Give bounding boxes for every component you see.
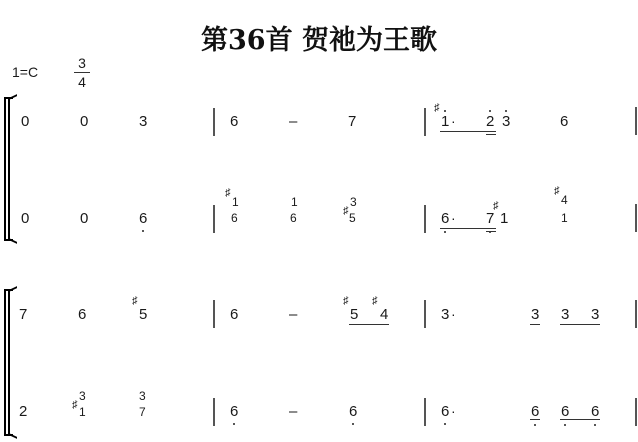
chord-note: 1 bbox=[291, 196, 298, 208]
system-2-brace bbox=[4, 289, 13, 436]
augmentation-dot: · bbox=[451, 306, 456, 322]
note: 7 bbox=[19, 307, 27, 323]
note: 5 bbox=[350, 307, 358, 323]
note-low: 6 bbox=[230, 404, 238, 420]
chord-note: 3 bbox=[79, 390, 86, 402]
note-low: 6 bbox=[139, 211, 147, 227]
barline bbox=[635, 204, 637, 232]
note-low: 6 bbox=[561, 404, 569, 420]
note-digit: 7 bbox=[486, 210, 494, 227]
chord-note: 3 bbox=[139, 390, 146, 402]
beam bbox=[440, 131, 496, 132]
note-digit: 6 bbox=[441, 210, 449, 227]
note-digit: 6 bbox=[441, 403, 449, 420]
sharp-icon: ♯ bbox=[554, 186, 560, 197]
chord-note: 1 bbox=[232, 196, 239, 208]
note-low: 6 bbox=[231, 212, 238, 224]
sharp-icon: ♯ bbox=[225, 188, 231, 199]
sharp-icon: ♯ bbox=[343, 296, 349, 307]
note: 6 bbox=[230, 114, 238, 130]
note-high: 2 bbox=[486, 114, 494, 130]
note-digit: 6 bbox=[139, 210, 147, 227]
beam bbox=[560, 324, 600, 325]
barline bbox=[635, 300, 637, 328]
note-low: 7 bbox=[486, 211, 494, 227]
note-digit: 6 bbox=[531, 403, 539, 420]
note-digit: 3 bbox=[502, 113, 510, 130]
note-low: 6 bbox=[349, 404, 357, 420]
system-1-brace bbox=[4, 97, 13, 241]
time-signature-numerator: 3 bbox=[74, 55, 90, 71]
note: 0 bbox=[80, 114, 88, 130]
note: 6 bbox=[230, 307, 238, 323]
note-dash: – bbox=[289, 307, 297, 323]
note: 0 bbox=[21, 211, 29, 227]
beam bbox=[486, 231, 496, 232]
note-digit: 6 bbox=[561, 403, 569, 420]
beam bbox=[530, 324, 540, 325]
chord-note: 4 bbox=[561, 194, 568, 206]
note-high: 1 bbox=[441, 114, 449, 130]
beam bbox=[530, 419, 540, 420]
sharp-icon: ♯ bbox=[343, 206, 349, 217]
note-digit: 6 bbox=[290, 211, 297, 225]
note-low: 6 bbox=[531, 404, 539, 420]
note: 6 bbox=[560, 114, 568, 130]
note: 7 bbox=[348, 114, 356, 130]
barline bbox=[213, 205, 215, 233]
note: 3 bbox=[531, 307, 539, 323]
barline bbox=[424, 398, 426, 426]
note: 6 bbox=[78, 307, 86, 323]
chord-note: 3 bbox=[350, 196, 357, 208]
note-low: 6 bbox=[441, 404, 449, 420]
note-low: 6 bbox=[441, 211, 449, 227]
barline bbox=[213, 108, 215, 136]
beam bbox=[349, 324, 389, 325]
time-signature-denominator: 4 bbox=[74, 74, 90, 90]
note: 1 bbox=[79, 406, 86, 418]
note: 3 bbox=[591, 307, 599, 323]
note: 2 bbox=[19, 404, 27, 420]
note: 3 bbox=[441, 307, 449, 323]
note-dash: – bbox=[289, 404, 297, 420]
note-low: 7 bbox=[139, 406, 146, 418]
note: 0 bbox=[21, 114, 29, 130]
note: 5 bbox=[139, 307, 147, 323]
note-digit: 1 bbox=[441, 113, 449, 130]
sharp-icon: ♯ bbox=[372, 296, 378, 307]
note-high: 3 bbox=[502, 114, 510, 130]
note-dash: – bbox=[289, 114, 297, 130]
beam bbox=[560, 419, 600, 420]
note-digit: 5 bbox=[349, 211, 356, 225]
note: 1 bbox=[561, 212, 568, 224]
augmentation-dot: · bbox=[451, 113, 456, 129]
note: 3 bbox=[561, 307, 569, 323]
note-low: 5 bbox=[349, 212, 356, 224]
barline bbox=[635, 398, 637, 426]
note: 0 bbox=[80, 211, 88, 227]
barline bbox=[635, 107, 637, 135]
augmentation-dot: · bbox=[451, 403, 456, 419]
note-digit: 7 bbox=[139, 405, 146, 419]
key-signature: 1=C bbox=[12, 64, 38, 80]
barline bbox=[424, 108, 426, 136]
augmentation-dot: · bbox=[451, 210, 456, 226]
barline bbox=[424, 205, 426, 233]
beam bbox=[486, 134, 496, 135]
song-title: 第36首 贺祂为王歌 bbox=[0, 18, 638, 57]
barline bbox=[424, 300, 426, 328]
note-low: 6 bbox=[591, 404, 599, 420]
note-digit: 6 bbox=[231, 211, 238, 225]
note-digit: 2 bbox=[486, 113, 494, 130]
note: 1 bbox=[500, 211, 508, 227]
beam bbox=[440, 228, 496, 229]
note-digit: 6 bbox=[349, 403, 357, 420]
note: 3 bbox=[139, 114, 147, 130]
sharp-icon: ♯ bbox=[72, 400, 78, 411]
barline bbox=[213, 300, 215, 328]
barline bbox=[213, 398, 215, 426]
time-signature: 3 4 bbox=[74, 55, 90, 90]
sharp-icon: ♯ bbox=[434, 103, 440, 114]
note: 4 bbox=[380, 307, 388, 323]
time-signature-line bbox=[74, 72, 90, 73]
note-digit: 6 bbox=[230, 403, 238, 420]
note-digit: 6 bbox=[591, 403, 599, 420]
note-low: 6 bbox=[290, 212, 297, 224]
sharp-icon: ♯ bbox=[132, 296, 138, 307]
